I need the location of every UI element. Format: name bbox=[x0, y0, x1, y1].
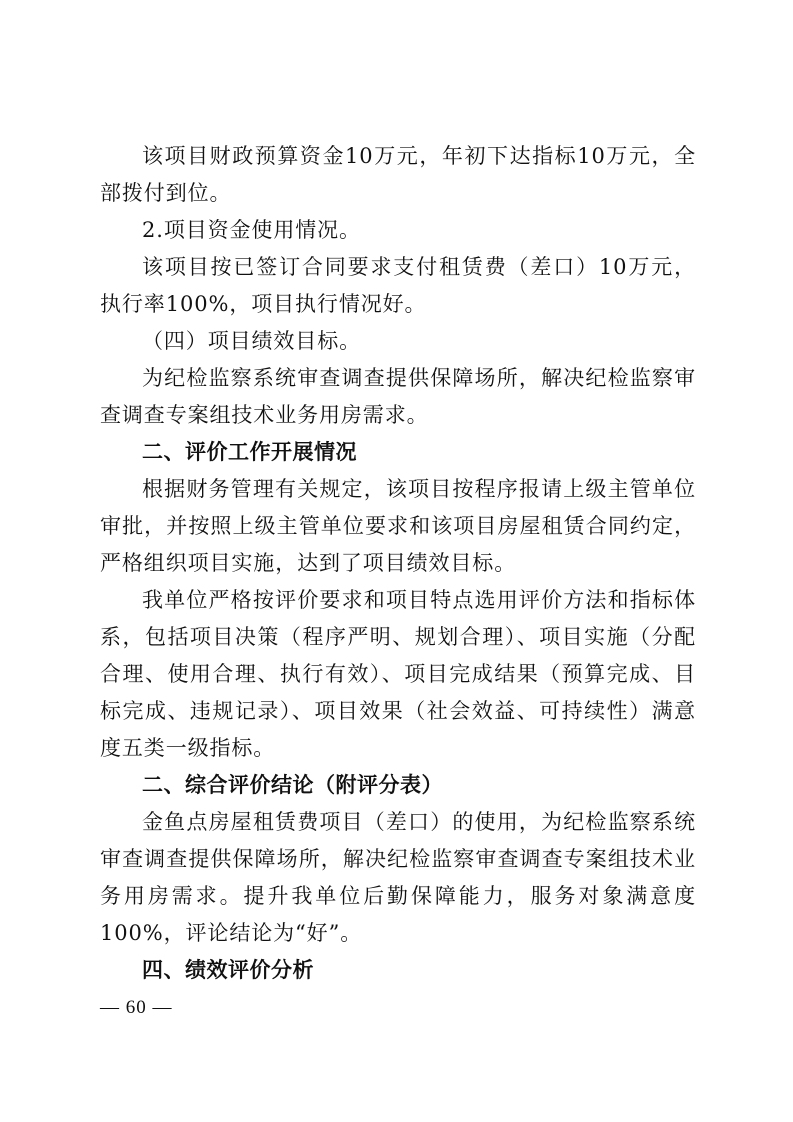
paragraph-overall-conclusion: 金鱼点房屋租赁费项目（差口）的使用，为纪检监察系统审查调查提供保障场所，解决纪检… bbox=[100, 804, 696, 952]
heading-performance-analysis: 四、绩效评价分析 bbox=[100, 952, 696, 989]
paragraph-budget-funds: 该项目财政预算资金10万元，年初下达指标10万元，全部拨付到位。 bbox=[100, 138, 696, 212]
page-number: — 60 — bbox=[100, 994, 173, 1022]
document-page: 该项目财政预算资金10万元，年初下达指标10万元，全部拨付到位。 2.项目资金使… bbox=[100, 138, 696, 989]
paragraph-fund-usage-title: 2.项目资金使用情况。 bbox=[100, 212, 696, 249]
heading-overall-conclusion: 二、综合评价结论（附评分表） bbox=[100, 767, 696, 804]
paragraph-performance-goal-title: （四）项目绩效目标。 bbox=[100, 323, 696, 360]
paragraph-fund-usage: 该项目按已签订合同要求支付租赁费（差口）10万元，执行率100%，项目执行情况好… bbox=[100, 249, 696, 323]
paragraph-performance-goal: 为纪检监察系统审查调查提供保障场所，解决纪检监察审查调查专案组技术业务用房需求。 bbox=[100, 360, 696, 434]
heading-evaluation-work: 二、评价工作开展情况 bbox=[100, 434, 696, 471]
paragraph-evaluation-procedure: 根据财务管理有关规定，该项目按程序报请上级主管单位审批，并按照上级主管单位要求和… bbox=[100, 471, 696, 582]
paragraph-evaluation-indicators: 我单位严格按评价要求和项目特点选用评价方法和指标体系，包括项目决策（程序严明、规… bbox=[100, 582, 696, 767]
